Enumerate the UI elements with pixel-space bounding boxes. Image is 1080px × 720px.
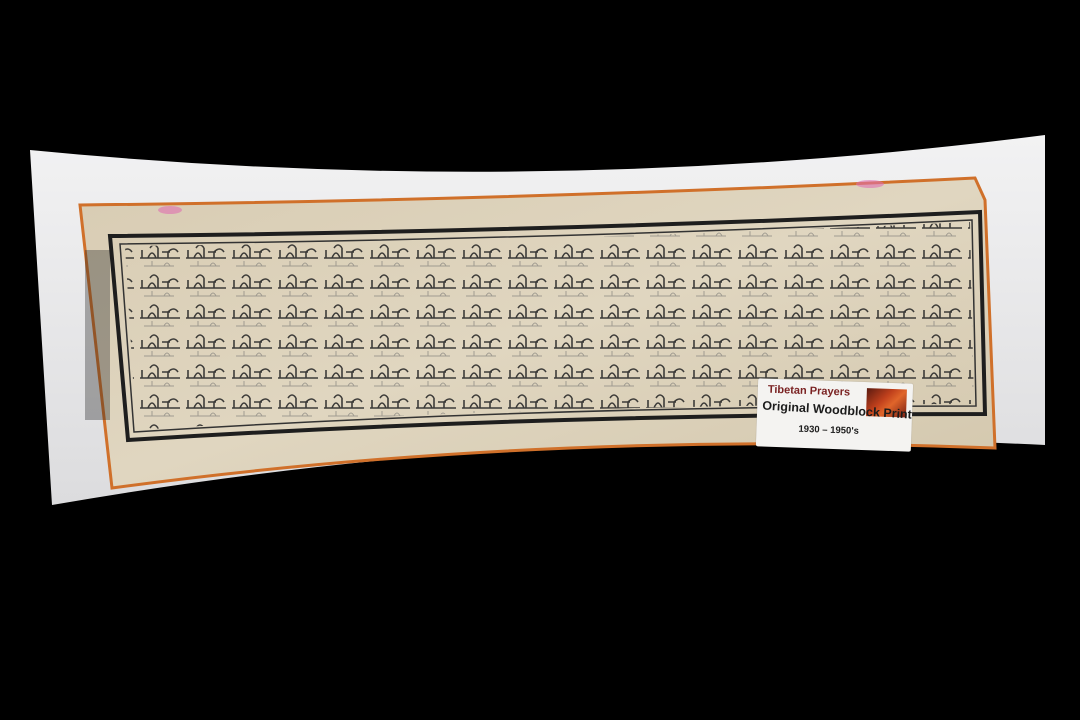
label-title: Tibetan Prayers [768,384,851,399]
info-label: Tibetan Prayers Original Woodblock Print… [756,378,913,451]
photo-scene: Tibetan Prayers Original Woodblock Print… [0,0,1080,720]
label-dates: 1930 – 1950's [798,424,859,437]
print-artwork [0,0,1080,720]
